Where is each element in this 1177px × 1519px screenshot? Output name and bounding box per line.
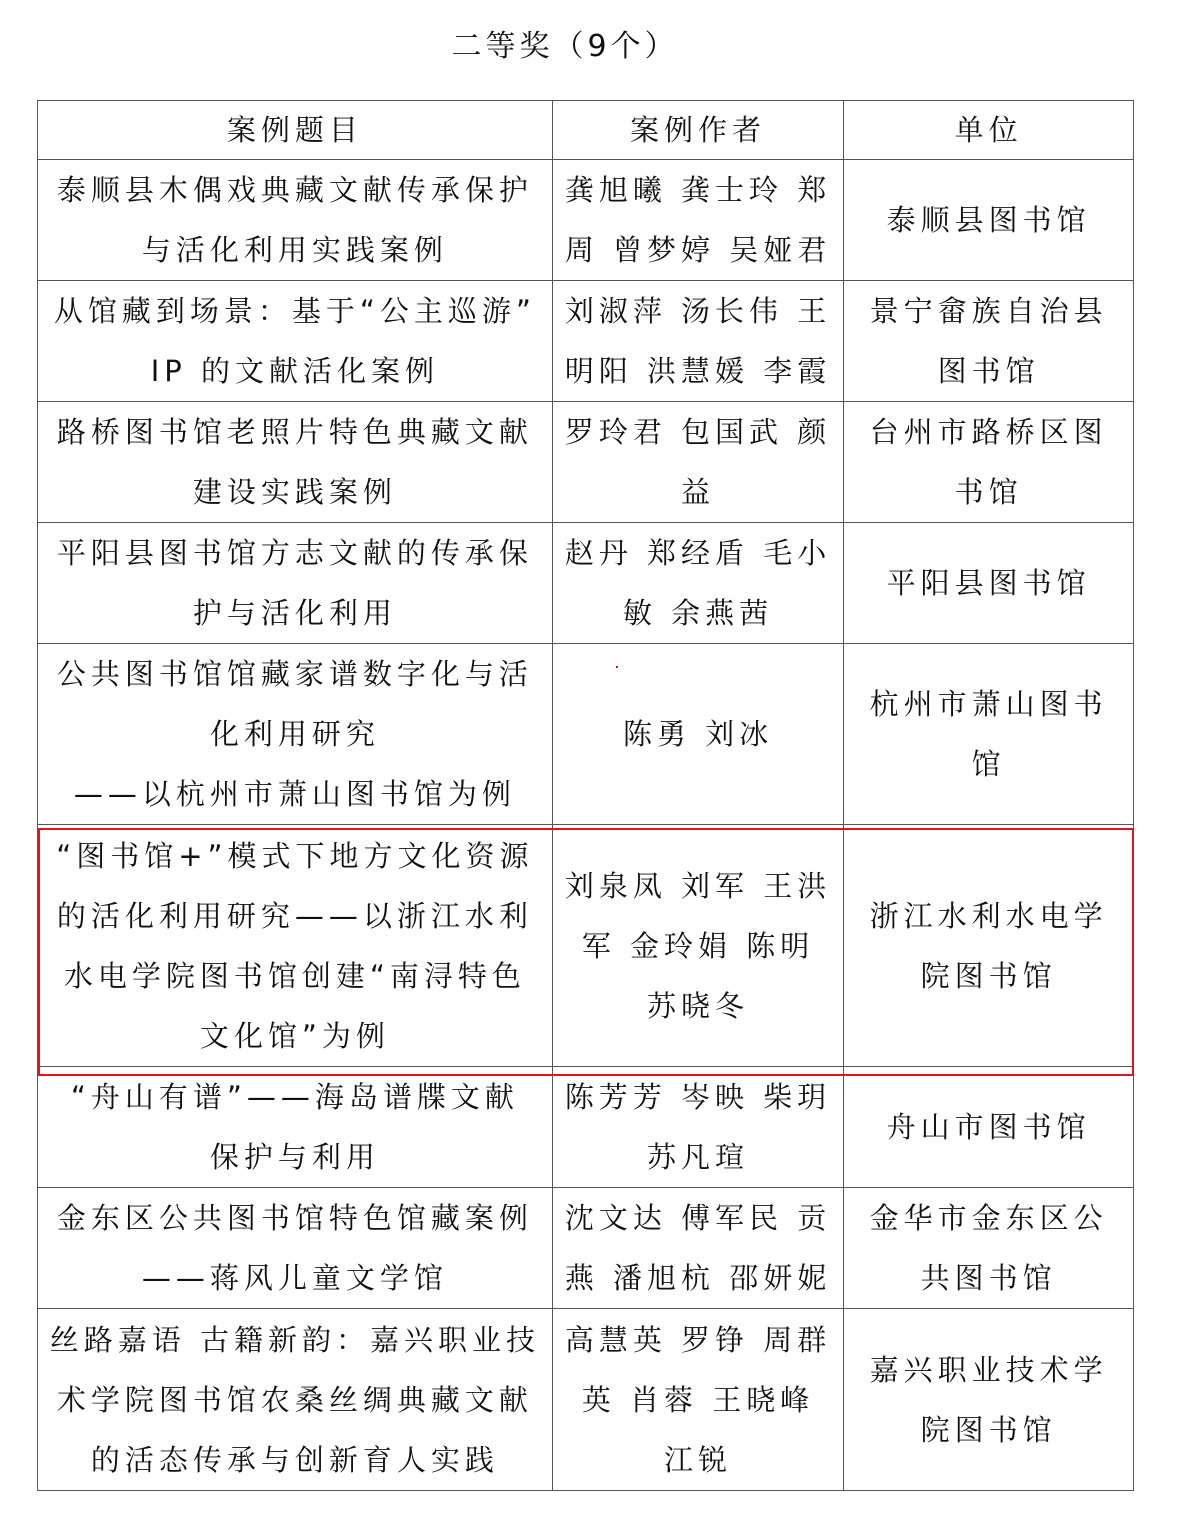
case-title-cell: “舟山有谱”——海岛谱牒文献 保护与利用 xyxy=(38,1067,553,1188)
unit-cell: 舟山市图书馆 xyxy=(844,1067,1134,1188)
unit-cell: 景宁畲族自治县 图书馆 xyxy=(844,281,1134,402)
case-title-line: “舟山有谱”——海岛谱牒文献 xyxy=(44,1067,546,1127)
authors-cell: 沈文达 傅军民 贡 燕 潘旭杭 邵妍妮 xyxy=(552,1188,844,1309)
case-title-cell: 路桥图书馆老照片特色典藏文献 建设实践案例 xyxy=(38,402,553,523)
unit-line: 舟山市图书馆 xyxy=(850,1097,1127,1157)
case-title-line: 化利用研究 xyxy=(44,704,546,764)
case-title-cell: 金东区公共图书馆特色馆藏案例 ——蒋风儿童文学馆 xyxy=(38,1188,553,1309)
authors-line: 陈勇 刘冰 xyxy=(559,704,838,764)
page-title: 二等奖（9个） xyxy=(0,24,1130,70)
authors-line: 明阳 洪慧媛 李霞 xyxy=(559,341,838,401)
award-table: 案例题目 案例作者 单位 泰顺县木偶戏典藏文献传承保护 与活化利用实践案例 龚旭… xyxy=(37,100,1134,1491)
authors-cell: 陈芳芳 岑映 柴玥 苏凡瑄 xyxy=(552,1067,844,1188)
case-title-line: 护与活化利用 xyxy=(44,583,546,643)
case-title-line: 公共图书馆馆藏家谱数字化与活 xyxy=(44,644,546,704)
case-title-line: 路桥图书馆老照片特色典藏文献 xyxy=(44,402,546,462)
authors-cell: 龚旭曦 龚士玲 郑 周 曾梦婷 吴娅君 xyxy=(552,160,844,281)
unit-cell: 杭州市萧山图书 馆 xyxy=(844,644,1134,825)
authors-cell: 刘淑萍 汤长伟 王 明阳 洪慧媛 李霞 xyxy=(552,281,844,402)
case-title-cell: 丝路嘉语 古籍新韵：嘉兴职业技 术学院图书馆农桑丝绸典藏文献 的活态传承与创新育… xyxy=(38,1309,553,1491)
authors-cell: 陈勇 刘冰 xyxy=(552,644,844,825)
header-unit: 单位 xyxy=(844,101,1134,160)
case-title-cell: “图书馆+”模式下地方文化资源 的活化利用研究——以浙江水利 水电学院图书馆创建… xyxy=(38,825,553,1067)
case-title-line: 建设实践案例 xyxy=(44,462,546,522)
unit-cell: 台州市路桥区图 书馆 xyxy=(844,402,1134,523)
unit-line: 平阳县图书馆 xyxy=(850,553,1127,613)
authors-line: 军 金玲娟 陈明 xyxy=(559,916,838,976)
authors-line: 敏 余燕茜 xyxy=(559,583,838,643)
authors-line: 苏凡瑄 xyxy=(559,1127,838,1187)
case-title-line: 泰顺县木偶戏典藏文献传承保护 xyxy=(44,160,546,220)
case-title-line: 文化馆”为例 xyxy=(44,1006,546,1066)
authors-line: 罗玲君 包国武 颜 xyxy=(559,402,838,462)
unit-line: 图书馆 xyxy=(850,341,1127,401)
authors-line: 燕 潘旭杭 邵妍妮 xyxy=(559,1248,838,1308)
authors-line: 刘淑萍 汤长伟 王 xyxy=(559,281,838,341)
table-row: 丝路嘉语 古籍新韵：嘉兴职业技 术学院图书馆农桑丝绸典藏文献 的活态传承与创新育… xyxy=(38,1309,1134,1491)
unit-cell: 金华市金东区公 共图书馆 xyxy=(844,1188,1134,1309)
unit-line: 院图书馆 xyxy=(850,1400,1127,1460)
authors-line: 刘泉凤 刘军 王洪 xyxy=(559,856,838,916)
case-title-line: 从馆藏到场景：基于“公主巡游” xyxy=(44,281,546,341)
case-title-line: “图书馆+”模式下地方文化资源 xyxy=(44,826,546,886)
case-title-line: 平阳县图书馆方志文献的传承保 xyxy=(44,523,546,583)
unit-line: 景宁畲族自治县 xyxy=(850,281,1127,341)
unit-line: 院图书馆 xyxy=(850,946,1127,1006)
unit-line: 浙江水利水电学 xyxy=(850,886,1127,946)
authors-line: 高慧英 罗铮 周群 xyxy=(559,1310,838,1370)
case-title-line: 的活态传承与创新育人实践 xyxy=(44,1430,546,1490)
unit-line: 书馆 xyxy=(850,462,1127,522)
authors-line: 苏晓冬 xyxy=(559,976,838,1036)
case-title-line: 丝路嘉语 古籍新韵：嘉兴职业技 xyxy=(44,1310,546,1370)
case-title-line: 术学院图书馆农桑丝绸典藏文献 xyxy=(44,1370,546,1430)
unit-cell: 嘉兴职业技术学 院图书馆 xyxy=(844,1309,1134,1491)
authors-line: 江锐 xyxy=(559,1430,838,1490)
unit-line: 金华市金东区公 xyxy=(850,1188,1127,1248)
authors-line: 周 曾梦婷 吴娅君 xyxy=(559,220,838,280)
authors-line: 陈芳芳 岑映 柴玥 xyxy=(559,1067,838,1127)
unit-line: 泰顺县图书馆 xyxy=(850,190,1127,250)
header-case-authors: 案例作者 xyxy=(552,101,844,160)
unit-line: 杭州市萧山图书 xyxy=(850,674,1127,734)
case-title-cell: 泰顺县木偶戏典藏文献传承保护 与活化利用实践案例 xyxy=(38,160,553,281)
unit-cell: 泰顺县图书馆 xyxy=(844,160,1134,281)
case-title-line: 与活化利用实践案例 xyxy=(44,220,546,280)
case-title-line: ——以杭州市萧山图书馆为例 xyxy=(44,764,546,824)
unit-cell: 浙江水利水电学 院图书馆 xyxy=(844,825,1134,1067)
authors-line: 龚旭曦 龚士玲 郑 xyxy=(559,160,838,220)
authors-cell: 赵丹 郑经盾 毛小 敏 余燕茜 xyxy=(552,523,844,644)
table-row: 从馆藏到场景：基于“公主巡游” IP 的文献活化案例 刘淑萍 汤长伟 王 明阳 … xyxy=(38,281,1134,402)
table-row-highlighted: “图书馆+”模式下地方文化资源 的活化利用研究——以浙江水利 水电学院图书馆创建… xyxy=(38,825,1134,1067)
table-row: 金东区公共图书馆特色馆藏案例 ——蒋风儿童文学馆 沈文达 傅军民 贡 燕 潘旭杭… xyxy=(38,1188,1134,1309)
unit-line: 馆 xyxy=(850,734,1127,794)
unit-line: 嘉兴职业技术学 xyxy=(850,1340,1127,1400)
unit-cell: 平阳县图书馆 xyxy=(844,523,1134,644)
unit-line: 台州市路桥区图 xyxy=(850,402,1127,462)
table-row: 平阳县图书馆方志文献的传承保 护与活化利用 赵丹 郑经盾 毛小 敏 余燕茜 平阳… xyxy=(38,523,1134,644)
authors-line: 赵丹 郑经盾 毛小 xyxy=(559,523,838,583)
case-title-line: 保护与利用 xyxy=(44,1127,546,1187)
case-title-cell: 从馆藏到场景：基于“公主巡游” IP 的文献活化案例 xyxy=(38,281,553,402)
header-case-title: 案例题目 xyxy=(38,101,553,160)
table-row: 泰顺县木偶戏典藏文献传承保护 与活化利用实践案例 龚旭曦 龚士玲 郑 周 曾梦婷… xyxy=(38,160,1134,281)
authors-cell: 高慧英 罗铮 周群 英 肖蓉 王晓峰 江锐 xyxy=(552,1309,844,1491)
authors-cell: 罗玲君 包国武 颜 益 xyxy=(552,402,844,523)
case-title-line: ——蒋风儿童文学馆 xyxy=(44,1248,546,1308)
table-row: 公共图书馆馆藏家谱数字化与活 化利用研究 ——以杭州市萧山图书馆为例 陈勇 刘冰… xyxy=(38,644,1134,825)
table-header-row: 案例题目 案例作者 单位 xyxy=(38,101,1134,160)
case-title-line: 水电学院图书馆创建“南浔特色 xyxy=(44,946,546,1006)
authors-cell: 刘泉凤 刘军 王洪 军 金玲娟 陈明 苏晓冬 xyxy=(552,825,844,1067)
authors-line: 益 xyxy=(559,462,838,522)
case-title-cell: 公共图书馆馆藏家谱数字化与活 化利用研究 ——以杭州市萧山图书馆为例 xyxy=(38,644,553,825)
case-title-line: 金东区公共图书馆特色馆藏案例 xyxy=(44,1188,546,1248)
authors-line: 沈文达 傅军民 贡 xyxy=(559,1188,838,1248)
unit-line: 共图书馆 xyxy=(850,1248,1127,1308)
table-row: “舟山有谱”——海岛谱牒文献 保护与利用 陈芳芳 岑映 柴玥 苏凡瑄 舟山市图书… xyxy=(38,1067,1134,1188)
table-row: 路桥图书馆老照片特色典藏文献 建设实践案例 罗玲君 包国武 颜 益 台州市路桥区… xyxy=(38,402,1134,523)
case-title-line: IP 的文献活化案例 xyxy=(44,341,546,401)
case-title-line: 的活化利用研究——以浙江水利 xyxy=(44,886,546,946)
stray-red-mark xyxy=(616,666,618,668)
case-title-cell: 平阳县图书馆方志文献的传承保 护与活化利用 xyxy=(38,523,553,644)
authors-line: 英 肖蓉 王晓峰 xyxy=(559,1370,838,1430)
